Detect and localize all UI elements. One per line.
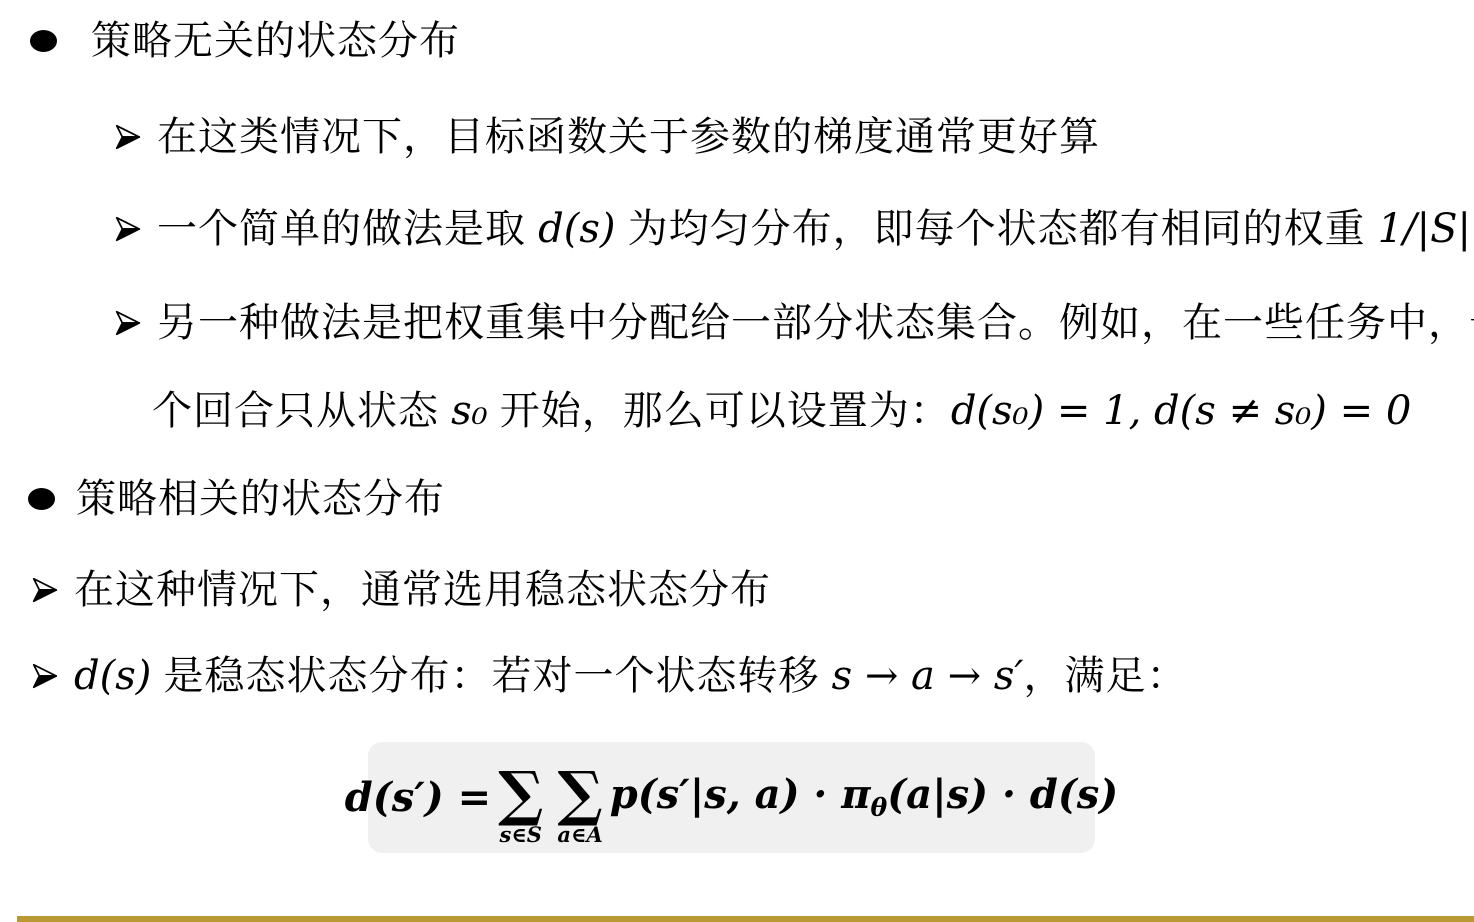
sub-bullet-text: d(s) 是稳态状态分布：若对一个状态转移 s → a → s′，满足：: [74, 653, 1187, 699]
sub-bullet-text: 个回合只从状态 s₀ 开始，那么可以设置为：d(s₀) = 1, d(s ≠ s…: [152, 388, 1411, 434]
bullet-item-policy-dependent: 策略相关的状态分布: [28, 476, 445, 522]
sub-bullet-continuation: 个回合只从状态 s₀ 开始，那么可以设置为：d(s₀) = 1, d(s ≠ s…: [152, 388, 1411, 434]
slide: 策略无关的状态分布 在这类情况下，目标函数关于参数的梯度通常更好算 一个简单的做…: [0, 0, 1474, 922]
math-run-ds: d(s): [74, 653, 151, 699]
formula-rhs-post: (a|s) · d(s): [887, 771, 1118, 818]
text-run: 一个简单的做法是取: [157, 207, 538, 251]
sub-bullet-uniform-distribution: 一个简单的做法是取 d(s) 为均匀分布，即每个状态都有相同的权重 1/|S|: [113, 206, 1471, 252]
formula-rhs-pre: p(s′|s, a) · π: [610, 771, 871, 818]
bullet-label: 策略相关的状态分布: [76, 476, 445, 522]
math-run-ds: d(s): [538, 206, 615, 252]
bottom-accent-bar: [17, 916, 1474, 922]
math-run-transition: s → a → s′: [832, 653, 1024, 699]
formula-box: d(s′) = ∑ s∈S ∑ a∈A p(s′|s, a) · πθ(a|s)…: [368, 742, 1095, 853]
arrowhead-bullet-icon: [113, 308, 143, 338]
sum-over-actions: ∑ a∈A: [557, 767, 602, 845]
text-run: 是稳态状态分布：若对一个状态转移: [151, 654, 831, 698]
sum-under-states: s∈S: [499, 824, 542, 845]
sub-bullet-text: 一个简单的做法是取 d(s) 为均匀分布，即每个状态都有相同的权重 1/|S|: [157, 206, 1471, 252]
sigma-icon: ∑: [498, 767, 543, 821]
arrowhead-bullet-icon: [113, 214, 143, 244]
sub-bullet-text: 在这类情况下，目标函数关于参数的梯度通常更好算: [157, 114, 1100, 160]
math-run-s0: s₀: [451, 388, 488, 434]
disc-bullet-icon: [28, 488, 55, 510]
sum-over-states: ∑ s∈S: [498, 767, 543, 845]
bullet-item-policy-independent: 策略无关的状态分布: [30, 18, 460, 64]
arrowhead-bullet-icon: [30, 575, 60, 605]
text-run: ，满足：: [1023, 654, 1187, 698]
arrowhead-bullet-icon: [113, 122, 143, 152]
sub-bullet-text: 另一种做法是把权重集中分配给一部分状态集合。例如，在一些任务中，一: [157, 300, 1474, 346]
arrowhead-bullet-icon: [30, 661, 60, 691]
sigma-icon: ∑: [557, 767, 602, 821]
math-run-d-setting: d(s₀) = 1, d(s ≠ s₀) = 0: [951, 388, 1411, 434]
math-run-uniform-weight: 1/|S|: [1378, 206, 1471, 252]
sub-bullet-stationary-choice: 在这种情况下，通常选用稳态状态分布: [30, 567, 771, 613]
text-run: 开始，那么可以设置为：: [488, 389, 951, 433]
formula-rhs: p(s′|s, a) · πθ(a|s) · d(s): [610, 775, 1118, 820]
sub-bullet-stationary-definition: d(s) 是稳态状态分布：若对一个状态转移 s → a → s′，满足：: [30, 653, 1187, 699]
formula-theta-subscript: θ: [871, 793, 888, 822]
sub-bullet-gradient-easier: 在这类情况下，目标函数关于参数的梯度通常更好算: [113, 114, 1100, 160]
sum-under-actions: a∈A: [557, 824, 602, 845]
sub-bullet-concentrated-weight: 另一种做法是把权重集中分配给一部分状态集合。例如，在一些任务中，一: [113, 300, 1474, 346]
sub-bullet-text: 在这种情况下，通常选用稳态状态分布: [74, 567, 771, 613]
formula-lhs: d(s′) =: [345, 778, 491, 818]
bullet-label: 策略无关的状态分布: [91, 18, 460, 64]
text-run: 个回合只从状态: [152, 389, 451, 433]
text-run: 为均匀分布，即每个状态都有相同的权重: [615, 207, 1377, 251]
disc-bullet-icon: [30, 30, 57, 52]
